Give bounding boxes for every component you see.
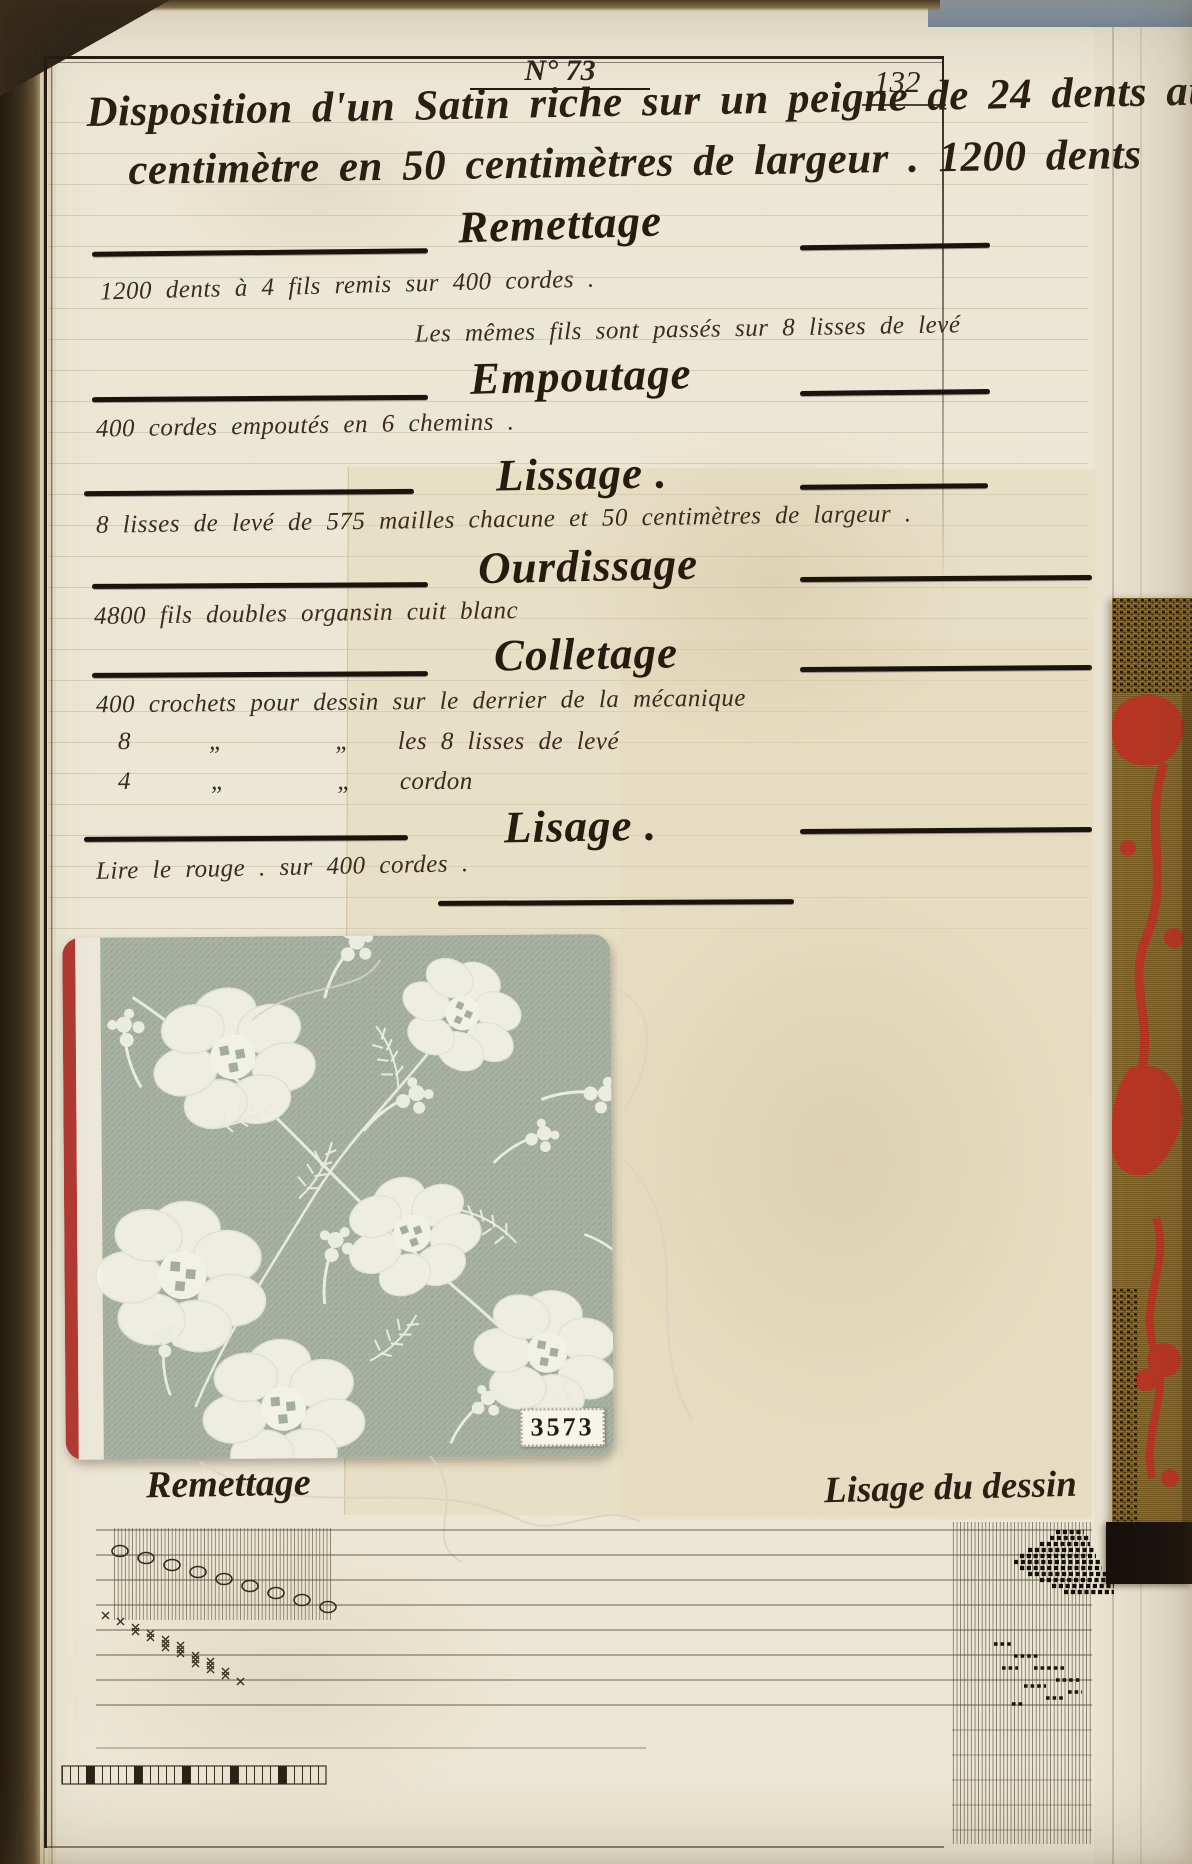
- sample-number-label: 3573: [520, 1408, 604, 1447]
- heading-rule: [800, 665, 1092, 672]
- sample-black-specks-top: [1112, 598, 1192, 693]
- section-heading-remettage: Remettage: [457, 194, 663, 253]
- selvage-white: [75, 938, 104, 1460]
- woven-sample-strip: [1112, 598, 1192, 1524]
- colletage-row-3: 4„„cordon: [118, 768, 473, 796]
- point-paper-grid: [56, 1516, 1192, 1864]
- colletage-row2-text: les 8 lisses de levé: [398, 728, 619, 755]
- section-heading-ourdissage: Ourdissage: [477, 538, 698, 595]
- heading-rule: [800, 483, 988, 490]
- book-corner: [0, 0, 170, 96]
- colletage-row2-number: 8: [118, 728, 131, 755]
- tucked-sheet: [620, 640, 1092, 1520]
- section-heading-lisage: Lisage .: [504, 799, 658, 854]
- colletage-row-2: 8„„les 8 lisses de levé: [118, 728, 619, 756]
- sample-black-band: [1106, 1522, 1192, 1584]
- title-line-1: Disposition d'un Satin riche sur un peig…: [86, 66, 1192, 137]
- ditto-mark: „: [337, 768, 351, 795]
- grid-right-hatch: [952, 1522, 1092, 1844]
- heading-rule: [92, 248, 428, 257]
- colletage-row1-text: crochets pour dessin sur le derrier de l…: [149, 685, 746, 718]
- fabric-swatch: 3573: [62, 934, 614, 1460]
- manuscript-page-scan: N° 73 132 Disposition d'un Satin riche s…: [0, 0, 1192, 1864]
- drafting-left-label: Remettage: [146, 1461, 311, 1508]
- heading-rule: [800, 827, 1092, 834]
- colletage-row-1: 400 crochets pour dessin sur le derrier …: [96, 685, 746, 720]
- remettage-line-1: 1200 dents à 4 fils remis sur 400 cordes…: [100, 266, 595, 307]
- paper-stain: [600, 880, 1080, 1440]
- empoutage-line-1: 400 cordes empoutés en 6 chemins .: [96, 408, 515, 443]
- lisage-line-1: Lire le rouge . sur 400 cordes .: [96, 850, 469, 886]
- colletage-row3-text: cordon: [400, 768, 473, 795]
- ditto-mark: „: [209, 728, 223, 755]
- colletage-row1-number: 400: [96, 691, 135, 718]
- cross-marks: [102, 1612, 244, 1685]
- heading-rule: [800, 575, 1092, 582]
- title-line-2: centimètre en 50 centimètres de largeur …: [128, 130, 1142, 195]
- sample-number: 3573: [531, 1412, 595, 1442]
- ditto-mark: „: [335, 728, 349, 755]
- section-heading-colletage: Colletage: [494, 626, 679, 681]
- measuring-bar: [62, 1766, 326, 1784]
- heading-rule: [84, 489, 414, 496]
- book-spine: [0, 0, 40, 1864]
- page-top-edge: [130, 0, 940, 11]
- lissage-line-1: 8 lisses de levé de 575 mailles chacune …: [96, 500, 912, 539]
- ourdissage-line-1: 4800 fils doubles organsin cuit blanc: [94, 597, 518, 631]
- heading-rule: [84, 835, 408, 842]
- remettage-line-2: Les mêmes fils sont passés sur 8 lisses …: [415, 311, 961, 349]
- frame-left-line: [44, 56, 47, 1848]
- drafting-right-label: Lisage du dessin: [823, 1463, 1077, 1513]
- ditto-mark: „: [211, 768, 225, 795]
- woven-sample-pattern: [1112, 598, 1192, 1524]
- heading-rule: [92, 671, 428, 678]
- colletage-row3-number: 4: [118, 768, 131, 795]
- heading-rule: [92, 582, 428, 589]
- section-heading-empoutage: Empoutage: [469, 347, 692, 405]
- page-stack-edge: [40, 30, 56, 1864]
- section-heading-lissage: Lissage .: [496, 447, 668, 502]
- heading-rule: [800, 389, 990, 396]
- heading-rule: [438, 899, 794, 906]
- heading-rule: [800, 243, 990, 251]
- background-strip: [928, 0, 1192, 27]
- sample-black-specks-bottom: [1112, 1288, 1138, 1524]
- swatch-jacquard-pattern: [62, 934, 614, 1460]
- frame-left-line-2: [51, 62, 52, 1848]
- heading-rule: [92, 395, 428, 402]
